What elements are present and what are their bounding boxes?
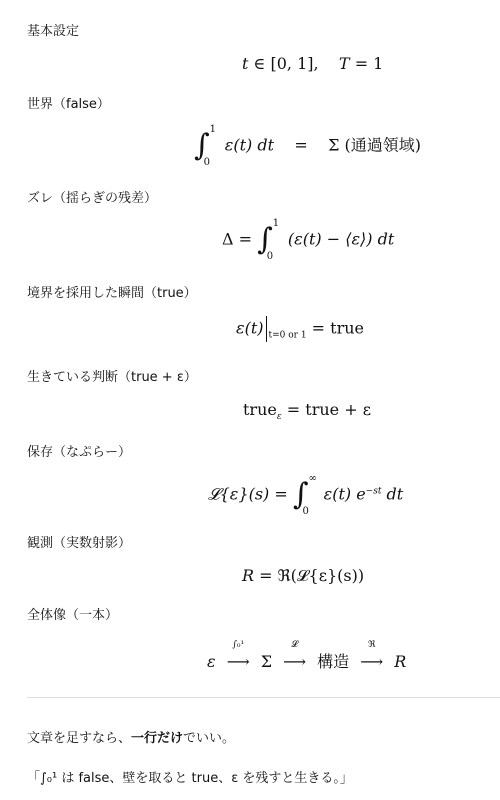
formula-world: ∫10 ε(t) dt = Σ (通過領域): [194, 126, 421, 166]
lhs: R: [242, 566, 254, 585]
arrow-label: ℜ: [360, 640, 383, 650]
lhs: 𝓛{ε}(s): [208, 485, 269, 504]
integrand: ε(t) e: [324, 485, 366, 504]
arrow-icon: ⟶: [360, 652, 383, 671]
equals: =: [294, 136, 307, 155]
condition: t=0 or 1: [269, 331, 307, 341]
upper-limit: ∞: [309, 473, 317, 484]
formula-save: 𝓛{ε}(s) = ∫∞0 ε(t) e−st dt: [208, 475, 403, 515]
heading-residual: ズレ（揺らぎの残差）: [27, 187, 157, 206]
lhs: ε(t): [236, 319, 264, 338]
formula-basic-settings: t ∈ [0, 1], T = 1: [242, 54, 383, 73]
in-symbol: ∈: [254, 54, 266, 73]
heading-save: 保存（なぷらー）: [27, 441, 131, 460]
arrow-label: 𝓛: [283, 640, 306, 650]
equals: =: [239, 230, 252, 249]
epsilon: ε: [207, 652, 216, 671]
equals: =: [274, 485, 287, 504]
var-T: T: [339, 54, 350, 73]
formula-overview: ε ∫₀¹⟶ Σ 𝓛⟶ 構造 ℜ⟶ R: [207, 649, 406, 672]
heading-basic-settings: 基本設定: [27, 20, 79, 39]
rhs: true: [330, 319, 364, 338]
equals: =: [259, 566, 272, 585]
heading-world: 世界（false）: [27, 93, 110, 112]
text-post: でいい。: [183, 731, 235, 746]
heading-overview: 全体像（一本）: [27, 604, 118, 623]
structure: 構造: [317, 652, 349, 671]
arrow-label: ∫₀¹: [227, 640, 250, 650]
interval: [0, 1],: [270, 54, 318, 73]
arrow-real: ℜ⟶: [360, 652, 383, 671]
rhs: ℜ(𝓛{ε}(s)): [278, 566, 364, 585]
formula-observation: R = ℜ(𝓛{ε}(s)): [242, 566, 364, 586]
lower-limit: 0: [204, 157, 210, 168]
heading-observation: 観測（実数射影）: [27, 532, 131, 551]
formula-residual: Δ = ∫10 (ε(t) − ⟨ε⟩) dt: [222, 220, 394, 260]
equals-one: = 1: [355, 54, 384, 73]
R: R: [394, 652, 406, 671]
heading-boundary: 境界を採用した瞬間（true）: [27, 282, 197, 301]
divider: [27, 697, 500, 698]
rhs: true + ε: [305, 400, 371, 419]
arrow-icon: ⟶: [227, 652, 250, 671]
equals: =: [312, 319, 325, 338]
arrow-icon: ⟶: [283, 652, 306, 671]
formula-alive: trueε = true + ε: [243, 400, 371, 422]
equals: =: [287, 400, 300, 419]
arrow-integral: ∫₀¹⟶: [227, 652, 250, 671]
text-bold: 一行だけ: [131, 731, 183, 746]
lower-limit: 0: [303, 506, 309, 517]
lhs: true: [243, 400, 277, 419]
upper-limit: 1: [210, 124, 216, 135]
integrand: (ε(t) − ⟨ε⟩) dt: [288, 230, 394, 249]
integral-limits: 10: [273, 220, 283, 260]
integrand: ε(t) dt: [225, 136, 274, 155]
integral-limits: ∞0: [309, 475, 319, 515]
formula-boundary: ε(t)t=0 or 1 = true: [236, 316, 364, 342]
sigma: Σ: [261, 652, 272, 671]
text-pre: 文章を足すなら、: [27, 731, 131, 746]
lower-limit: 0: [267, 251, 273, 262]
rhs: Σ (通過領域): [328, 136, 421, 155]
exponent: −st: [366, 487, 382, 497]
arrow-laplace: 𝓛⟶: [283, 652, 306, 671]
dt: dt: [387, 485, 404, 504]
integral-limits: 10: [210, 126, 220, 166]
heading-alive: 生きている判断（true + ε）: [27, 366, 197, 385]
delta: Δ: [222, 230, 234, 249]
footer-line: 文章を足すなら、一行だけでいい。: [27, 727, 235, 746]
evaluation-bar: [266, 316, 267, 342]
upper-limit: 1: [273, 218, 279, 229]
var-t: t: [242, 54, 248, 73]
subscript: ε: [277, 412, 282, 422]
footer-quote: 「∫₀¹ は false、壁を取ると true、ε を残すと生きる。」: [27, 767, 353, 786]
